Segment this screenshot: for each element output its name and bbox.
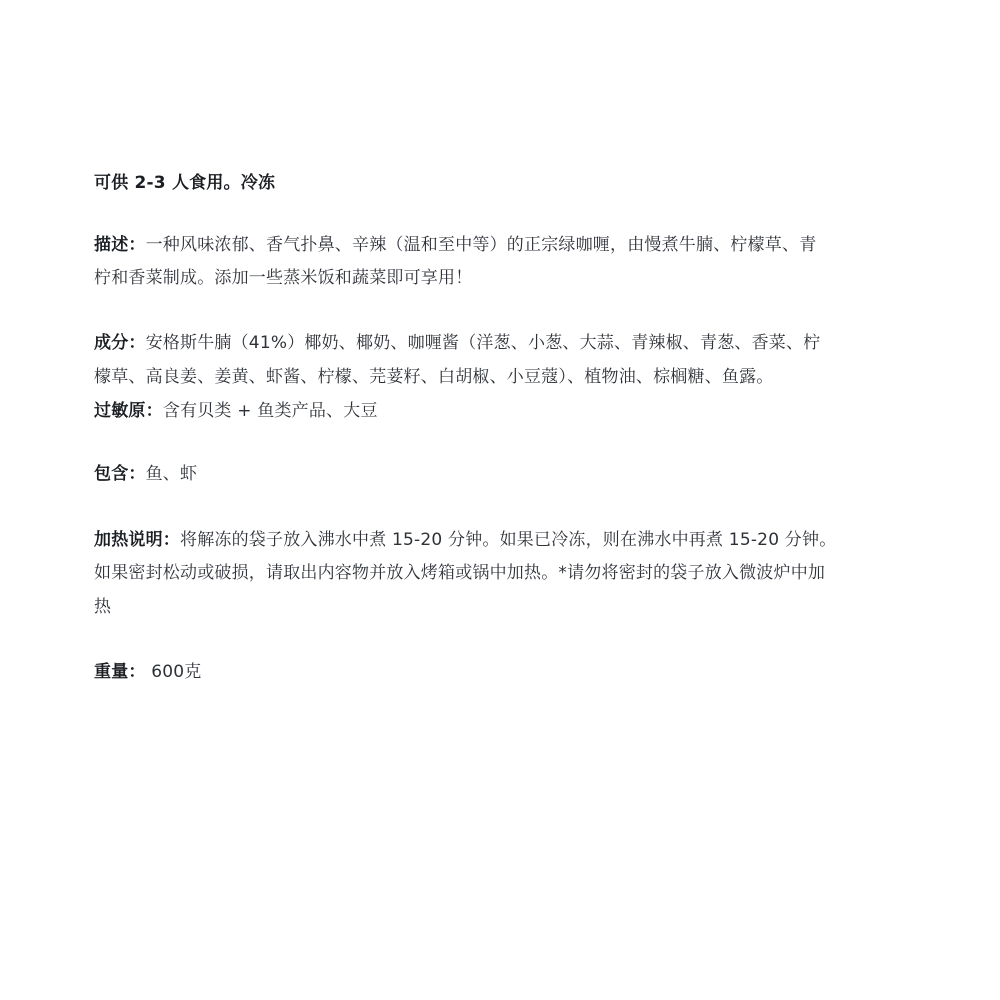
description-label: 描述： — [94, 235, 146, 255]
ingredients-text-1: 安格斯牛腩（41%）椰奶、椰奶、咖喱酱（洋葱、小葱、大蒜、青辣椒、青葱、香菜、柠 — [146, 333, 821, 353]
heating-label: 加热说明： — [94, 530, 180, 550]
contains-line: 包含：鱼、虾 — [94, 457, 197, 491]
servings-heading: 可供 2-3 人食用。冷冻 — [94, 166, 275, 200]
ingredients-line-2: 檬草、高良姜、姜黄、虾酱、柠檬、芫荽籽、白胡椒、小豆蔻）、植物油、棕榈糖、鱼露。 — [94, 360, 774, 394]
heating-line-2: 如果密封松动或破损，请取出内容物并放入烤箱或锅中加热。*请勿将密封的袋子放入微波… — [94, 556, 825, 590]
description-text-2: 柠和香菜制成。添加一些蒸米饭和蔬菜即可享用！ — [94, 268, 472, 288]
weight-line: 重量： 600克 — [94, 655, 201, 689]
contains-label: 包含： — [94, 464, 146, 484]
allergens-line: 过敏原：含有贝类 + 鱼类产品、大豆 — [94, 394, 378, 428]
heating-text-2: 如果密封松动或破损，请取出内容物并放入烤箱或锅中加热。*请勿将密封的袋子放入微波… — [94, 563, 825, 583]
weight-label: 重量： — [94, 662, 146, 682]
ingredients-text-2: 檬草、高良姜、姜黄、虾酱、柠檬、芫荽籽、白胡椒、小豆蔻）、植物油、棕榈糖、鱼露。 — [94, 367, 774, 387]
contains-value: 鱼、虾 — [146, 464, 198, 484]
heating-line-3: 热 — [94, 590, 111, 624]
description-line-1: 描述：一种风味浓郁、香气扑鼻、辛辣（温和至中等）的正宗绿咖喱，由慢煮牛腩、柠檬草… — [94, 228, 816, 262]
allergens-label: 过敏原： — [94, 401, 163, 421]
description-text-1: 一种风味浓郁、香气扑鼻、辛辣（温和至中等）的正宗绿咖喱，由慢煮牛腩、柠檬草、青 — [146, 235, 817, 255]
heating-text-3: 热 — [94, 597, 111, 617]
allergens-value: 含有贝类 + 鱼类产品、大豆 — [163, 401, 378, 421]
ingredients-line-1: 成分：安格斯牛腩（41%）椰奶、椰奶、咖喱酱（洋葱、小葱、大蒜、青辣椒、青葱、香… — [94, 326, 820, 360]
heating-line-1: 加热说明：将解冻的袋子放入沸水中煮 15-20 分钟。如果已冷冻，则在沸水中再煮… — [94, 523, 836, 557]
description-line-2: 柠和香菜制成。添加一些蒸米饭和蔬菜即可享用！ — [94, 261, 472, 295]
weight-value: 600克 — [146, 662, 202, 682]
ingredients-label: 成分： — [94, 333, 146, 353]
heating-text-1: 将解冻的袋子放入沸水中煮 15-20 分钟。如果已冷冻，则在沸水中再煮 15-2… — [180, 530, 836, 550]
